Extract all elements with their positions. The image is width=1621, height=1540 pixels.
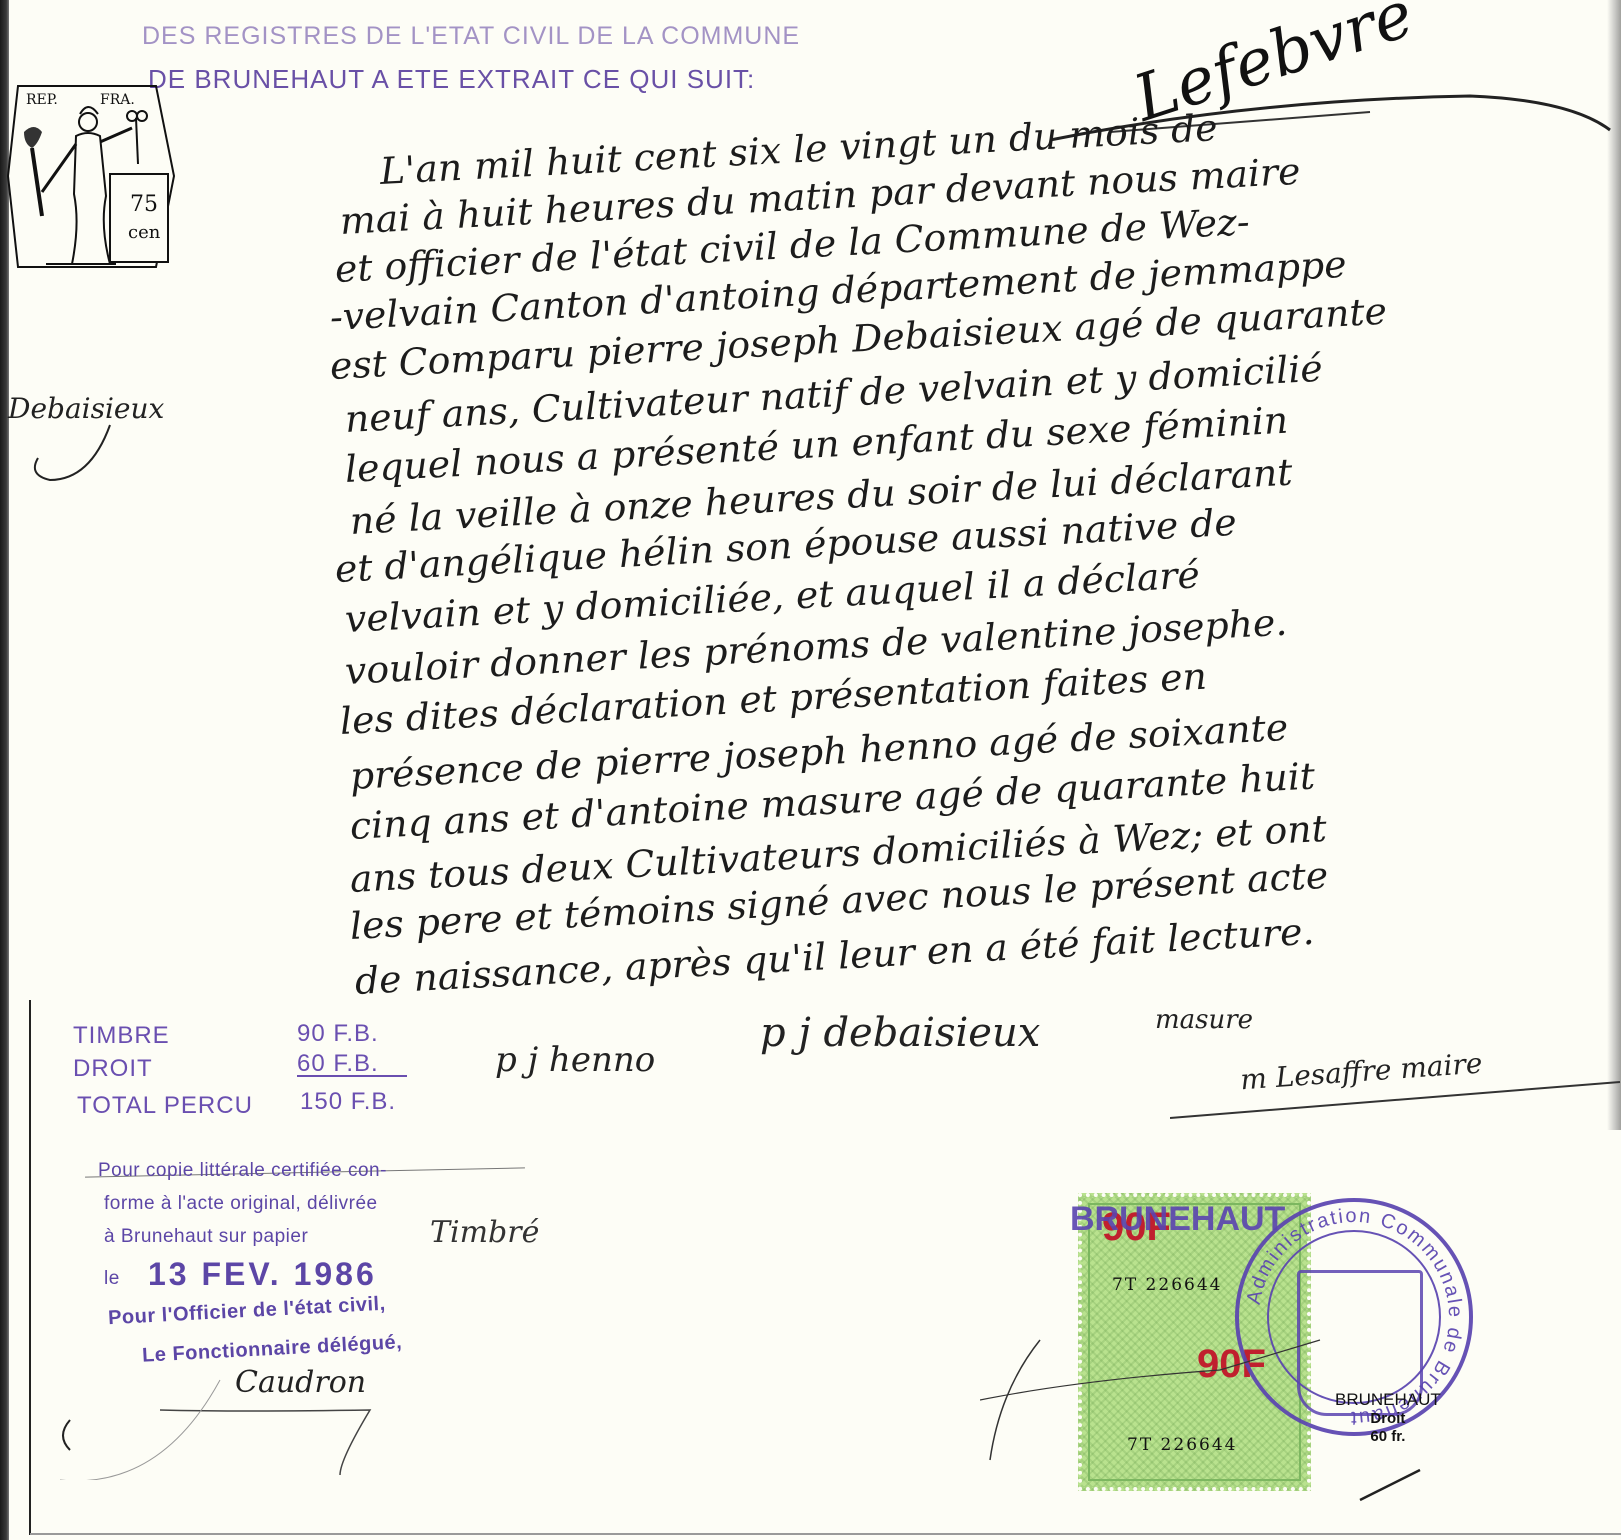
paper-type-handwritten: Timbré <box>430 1215 539 1250</box>
fee-label-timbre: TIMBRE <box>73 1022 170 1050</box>
fee-total-amount: 150 F.B. <box>300 1088 396 1116</box>
fiscal-stamp-value: 75 <box>130 192 158 217</box>
header-stamp-line-1: DES REGISTRES DE L'ETAT CIVIL DE LA COMM… <box>142 22 800 51</box>
official-flourish-icon <box>40 1350 380 1480</box>
page-border-left <box>29 1000 31 1535</box>
signature-father: p j debaisieux <box>760 1010 1040 1056</box>
fee-label-droit: DROIT <box>73 1055 153 1083</box>
signature-witness-henno: p j henno <box>495 1040 655 1080</box>
header-stamp-line-2: DE BRUNEHAUT A ETE EXTRAIT CE QUI SUIT: <box>148 64 755 95</box>
fee-total-rule <box>297 1075 407 1077</box>
revenue-stamp-serial-top: 7T 226644 <box>1112 1275 1222 1295</box>
fiscal-stamp-fra: FRA. <box>100 92 135 108</box>
mayor-underline-icon <box>1170 1080 1621 1120</box>
certification-date: 13 FEV. 1986 <box>148 1256 377 1293</box>
certification-line-2: forme à l'acte original, délivrée <box>104 1193 378 1215</box>
fee-total-label: TOTAL PERCU <box>77 1092 253 1120</box>
stamp-signature-flourish-icon <box>980 1300 1440 1540</box>
fiscal-stamp: REP. FRA. 75 cen <box>6 84 176 269</box>
certification-officer-line: Pour l'Officier de l'état civil, <box>108 1293 387 1331</box>
fee-amount-timbre: 90 F.B. <box>297 1020 379 1048</box>
margin-flourish-icon <box>20 420 140 500</box>
fiscal-stamp-rep: REP. <box>26 92 58 108</box>
scan-edge-right <box>1607 0 1621 1130</box>
certification-date-prefix: le <box>104 1268 120 1290</box>
certification-line-1: Pour copie littérale certifiée con- <box>98 1160 387 1182</box>
fiscal-stamp-unit: cen <box>128 222 160 243</box>
signature-witness-masure: masure <box>1155 1005 1253 1035</box>
certification-line-3: à Brunehaut sur papier <box>104 1226 308 1248</box>
fee-amount-droit: 60 F.B. <box>297 1050 379 1078</box>
